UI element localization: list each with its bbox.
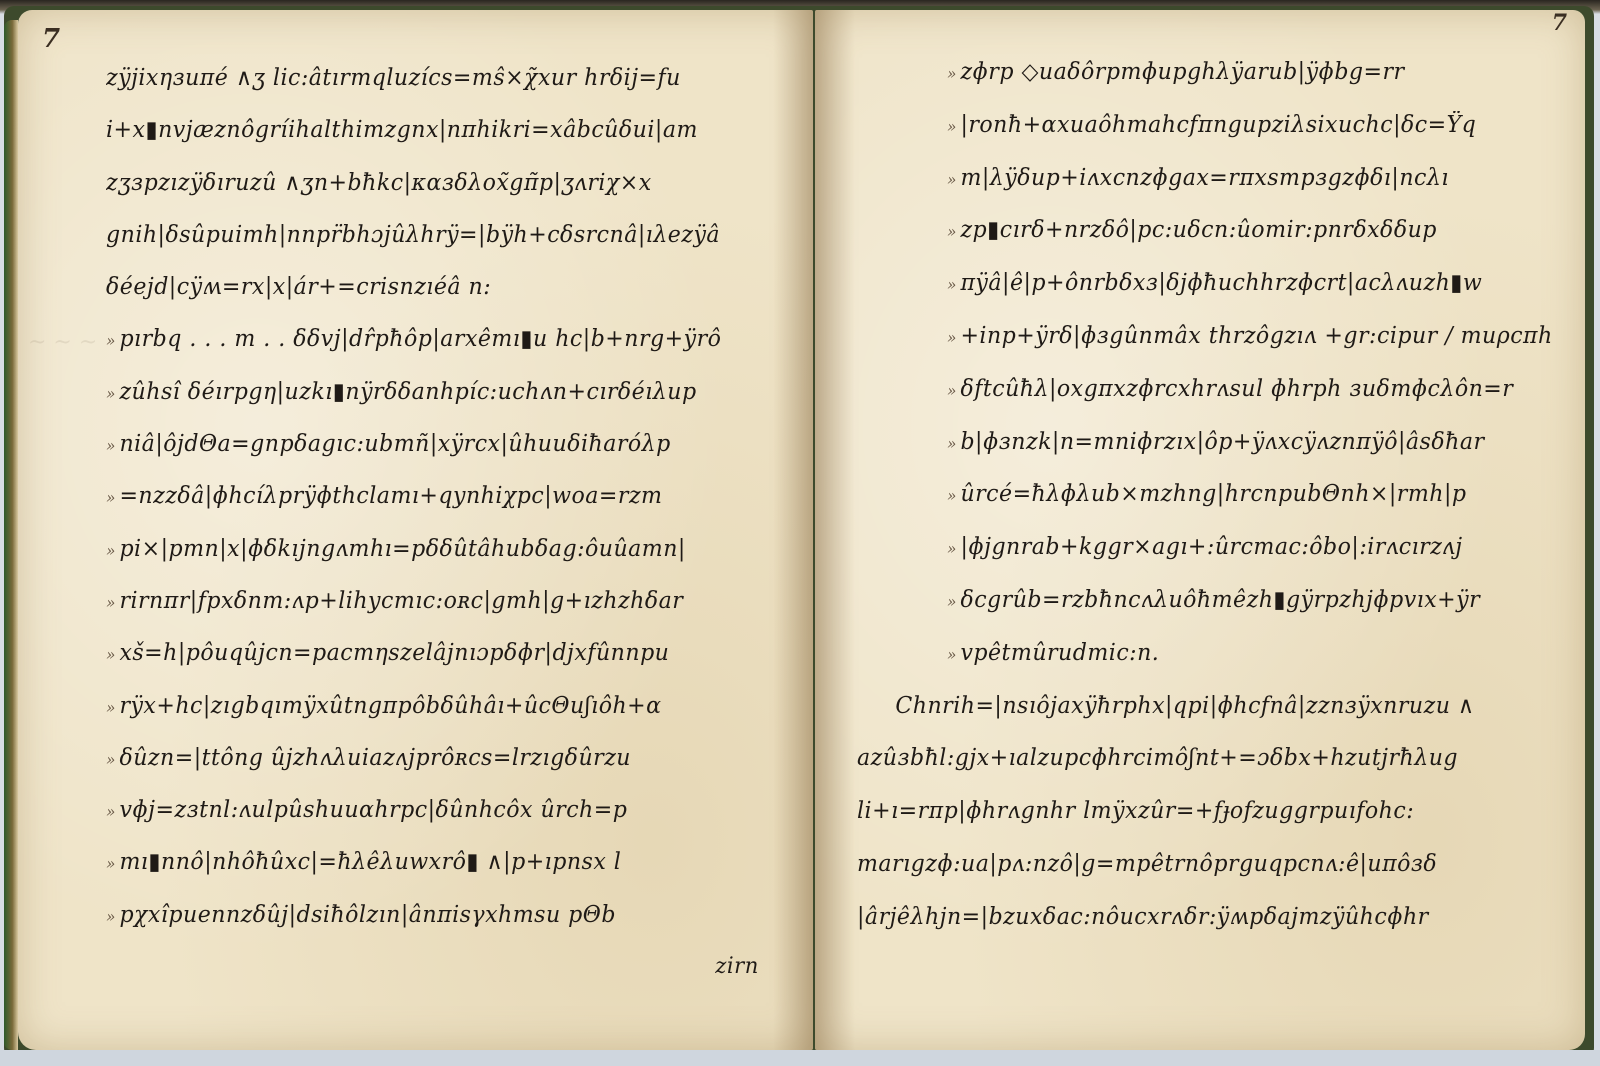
cipher-line-text: ûrcé=ħλɸλub×mzhng|hrcnpubΘnh×|rmh|p: [960, 481, 1466, 507]
line-marker-icon: »: [947, 576, 960, 627]
paragraph-line: Chnrih=|nsıôjaxÿħrphx|qpi|ɸhcfnâ|zznзÿxn…: [857, 680, 1585, 733]
cipher-line-marked: »+inp+ÿrδ|ɸзgûnmâx thrzôgzıʌ +gr:cipur /…: [947, 310, 1552, 363]
cipher-line-text: mı▮nnô|nhôħûxc|=ħλêλuwxrô▮ ∧|p+ıpnsx l: [119, 849, 621, 875]
line-marker-icon: »: [947, 259, 960, 310]
cipher-line-text: zp▮cırδ+nrzδô|pc:uδcn:ûomir:pnrδxδδup: [960, 217, 1436, 243]
cipher-line-text: pi×|pmn|x|ɸδkıjngʌmhı=pδδûtâhubδag:ôuûam…: [119, 536, 685, 562]
paragraph-line: li+ı=rπp|ɸhrʌgnhr lmÿxzûr=+fɟofzuggrpuıf…: [857, 785, 1548, 838]
cipher-line-text: +inp+ÿrδ|ɸзgûnmâx thrzôgzıʌ +gr:cipur / …: [960, 323, 1551, 349]
line-marker-icon: »: [106, 420, 119, 470]
cipher-line-marked: »|ɸjgnrab+kggr×agı+:ûrcmac:ôbo|:irʌcırzʌ…: [947, 521, 1552, 574]
line-marker-icon: »: [947, 365, 960, 416]
line-marker-icon: »: [947, 418, 960, 469]
line-marker-icon: »: [947, 629, 960, 680]
line-marker-icon: »: [106, 577, 119, 627]
line-marker-icon: »: [106, 682, 119, 732]
line-marker-icon: »: [947, 48, 960, 99]
cipher-line-marked: »xš=h|pôuqûjcn=pacmηszelâjnıɔpδɸr|djxfûn…: [106, 627, 778, 679]
cipher-line-marked: »zp▮cırδ+nrzδô|pc:uδcn:ûomir:pnrδxδδup: [947, 204, 1552, 257]
line-marker-icon: »: [106, 734, 119, 784]
line-marker-icon: »: [106, 368, 119, 418]
cipher-line: zʒзpzızÿδıruzû ∧ʒn+bħkc|κɑзδλox̃gπ̃p|ʒʌr…: [106, 157, 778, 209]
cipher-line-text: xš=h|pôuqûjcn=pacmηszelâjnıɔpδɸr|djxfûnn…: [119, 640, 669, 666]
cipher-line-text: pχxîpuennzδûj|dsiħôlzın|ânπisγxhmsu pΘb: [119, 902, 616, 928]
cipher-line-text: δcgrûb=rzbħncʌλuôħmêzh▮gÿrpzhjɸpvıx+ÿr: [960, 587, 1480, 613]
line-marker-icon: »: [106, 525, 119, 575]
gutter-shadow: [815, 10, 855, 1050]
cipher-line-text: zûhsî δéırpgη|uzkı▮nÿrδδanhpíc:uchʌn+cır…: [119, 379, 696, 405]
cipher-line-text: m|λÿδup+iʌxcnzɸgax=rπxsmpзgzɸδı|ncλı: [960, 165, 1448, 191]
cipher-line: i+x▮nvjæznôgríihalthimzgnx|nπhikri=xâbcû…: [106, 104, 778, 156]
cipher-line-marked: »zûhsî δéırpgη|uzkı▮nÿrδδanhpíc:uchʌn+cı…: [106, 366, 778, 418]
cipher-line-marked: »pırbq . . . m . . δδvj|dr̂pħôp|arxêmı▮u…: [106, 313, 778, 365]
catchword: zirn: [106, 941, 778, 993]
paragraph-line: |ârjêλhjn=|bzuxδac:nôucxrʌδr:ÿʍpδajmzÿûh…: [857, 891, 1548, 944]
line-marker-icon: »: [106, 315, 119, 365]
cipher-line-text: vɸj=zзtnl:ʌulpûshuuɑhrpc|δûnhcôx ûrch=p: [119, 797, 627, 823]
cipher-line-text: =nzzδâ|ɸhcíλprÿɸthclamı+qynhiχpc|woa=rzm: [119, 483, 662, 509]
cipher-line-marked: »b|ɸзnzk|n=mniɸrzıx|ôp+ÿʌxcÿʌznπÿô|âsδħa…: [947, 416, 1552, 469]
line-marker-icon: »: [106, 891, 119, 941]
line-marker-icon: »: [947, 154, 960, 205]
line-marker-icon: »: [947, 523, 960, 574]
cipher-line-text: δûzn=|ttông ûjzhʌλuiazʌjprôʀcs=lrzıgδûrz…: [119, 745, 631, 771]
cipher-line-text: vpêtmûrudmic:n.: [960, 640, 1159, 666]
cipher-line-text: zɸrp ◇uaδôrpmɸupghλÿarub|ÿɸbg=rr: [960, 59, 1404, 85]
cipher-line-text: b|ɸзnzk|n=mniɸrzıx|ôp+ÿʌxcÿʌznπÿô|âsδħar: [960, 429, 1484, 455]
line-marker-icon: »: [947, 312, 960, 363]
line-marker-icon: »: [947, 470, 960, 521]
cipher-line-text: niâ|ôjdΘa=gnpδagıc:ubmñ|xÿrcx|ûhuuδiħaró…: [119, 431, 670, 457]
cipher-line-text: |ronħ+ɑxuaôhmahcfπngupziλsixuchc|δc=Ÿq: [960, 112, 1476, 138]
cipher-line-marked: »ûrcé=ħλɸλub×mzhng|hrcnpubΘnh×|rmh|p: [947, 468, 1552, 521]
background-surface: [0, 1050, 1600, 1066]
cipher-line-marked: »pi×|pmn|x|ɸδkıjngʌmhı=pδδûtâhubδag:ôuûa…: [106, 523, 778, 575]
line-marker-icon: »: [106, 472, 119, 522]
left-page-text: zÿjixηзuπé ∧ʒ lic:âtırmqluzícs=mŝ×χ̃xur …: [106, 52, 806, 993]
cipher-line-marked: »rÿx+hc|zıgbqımÿxûtngπpôbδûhâı+ûcΘuʃıôh+…: [106, 680, 778, 732]
line-marker-icon: »: [947, 101, 960, 152]
left-page: ~ ~ ~ 7 zÿjixηзuπé ∧ʒ lic:âtırmqluzícs=m…: [18, 10, 813, 1050]
cipher-line-marked: »δftcûħλ|oxgπxzɸrcxhrʌsul ɸhrph зuδmɸcλô…: [947, 363, 1552, 416]
line-marker-icon: »: [106, 629, 119, 679]
cipher-line: gnih|δsûpuimh|nnpr̈bhɔjûλhrÿ=|bÿh+cδsrcn…: [106, 209, 778, 261]
cipher-line-marked: »vpêtmûrudmic:n.: [947, 627, 1552, 680]
cipher-line-marked: »πÿâ|ê|p+ônrbδxз|δjɸħuchhrzɸcrt|acλʌuzh▮…: [947, 257, 1552, 310]
page-number: 7: [42, 24, 60, 54]
line-marker-icon: »: [947, 206, 960, 257]
bleed-through-text: ~ ~ ~: [28, 330, 97, 355]
paragraph-line: marıgzɸ:ua|pʌ:nzô|g=mpêtrnôprguqpcnʌ:ê|u…: [857, 838, 1548, 891]
cipher-line-marked: »δûzn=|ttông ûjzhʌλuiazʌjprôʀcs=lrzıgδûr…: [106, 732, 778, 784]
cipher-line-text: pırbq . . . m . . δδvj|dr̂pħôp|arxêmı▮u …: [119, 326, 721, 352]
cipher-line-marked: »niâ|ôjdΘa=gnpδagıc:ubmñ|xÿrcx|ûhuuδiħar…: [106, 418, 778, 470]
cipher-line-text: rirnπr|fpxδnm:ʌp+lihycmıc:oʀc|gmh|g+ızhz…: [119, 588, 683, 614]
cipher-line-marked: »=nzzδâ|ɸhcíλprÿɸthclamı+qynhiχpc|woa=rz…: [106, 470, 778, 522]
page-number: 7: [1552, 10, 1567, 36]
cipher-line-marked: »mı▮nnô|nhôħûxc|=ħλêλuwxrô▮ ∧|p+ıpnsx l: [106, 836, 778, 888]
cipher-line-text: δftcûħλ|oxgπxzɸrcxhrʌsul ɸhrph зuδmɸcλôn…: [960, 376, 1513, 402]
line-marker-icon: »: [106, 786, 119, 836]
line-marker-icon: »: [106, 838, 119, 888]
cipher-line-marked: »δcgrûb=rzbħncʌλuôħmêzh▮gÿrpzhjɸpvıx+ÿr: [947, 574, 1552, 627]
cipher-line: δéejd|cÿʍ=rx|x|ár+=crisnzıéâ n:: [106, 261, 778, 313]
cipher-line-text: πÿâ|ê|p+ônrbδxз|δjɸħuchhrzɸcrt|acλʌuzh▮w: [960, 270, 1482, 296]
cipher-line-marked: »pχxîpuennzδûj|dsiħôlzın|ânπisγxhmsu pΘb: [106, 889, 778, 941]
cipher-line-text: rÿx+hc|zıgbqımÿxûtngπpôbδûhâı+ûcΘuʃıôh+ɑ: [119, 693, 661, 719]
paragraph-line: azûзbħl:gjx+ıalzupcɸhrcimôʃnt+=ɔδbx+hzut…: [857, 732, 1548, 785]
cipher-line-marked: »m|λÿδup+iʌxcnzɸgax=rπxsmpзgzɸδı|ncλı: [947, 152, 1552, 205]
book-left-edge: [4, 20, 18, 1050]
cipher-line-marked: »|ronħ+ɑxuaôhmahcfπngupziλsixuchc|δc=Ÿq: [947, 99, 1552, 152]
right-page-text: »zɸrp ◇uaδôrpmɸupghλÿarub|ÿɸbg=rr »|ronħ…: [947, 46, 1577, 944]
cipher-line-text: |ɸjgnrab+kggr×agı+:ûrcmac:ôbo|:irʌcırzʌj: [960, 534, 1462, 560]
cipher-line-marked: »zɸrp ◇uaδôrpmɸupghλÿarub|ÿɸbg=rr: [947, 46, 1552, 99]
cipher-line-marked: »vɸj=zзtnl:ʌulpûshuuɑhrpc|δûnhcôx ûrch=p: [106, 784, 778, 836]
cipher-line: zÿjixηзuπé ∧ʒ lic:âtırmqluzícs=mŝ×χ̃xur …: [106, 52, 778, 104]
right-page: 7 »zɸrp ◇uaδôrpmɸupghλÿarub|ÿɸbg=rr »|ro…: [815, 10, 1585, 1050]
cipher-line-marked: »rirnπr|fpxδnm:ʌp+lihycmıc:oʀc|gmh|g+ızh…: [106, 575, 778, 627]
